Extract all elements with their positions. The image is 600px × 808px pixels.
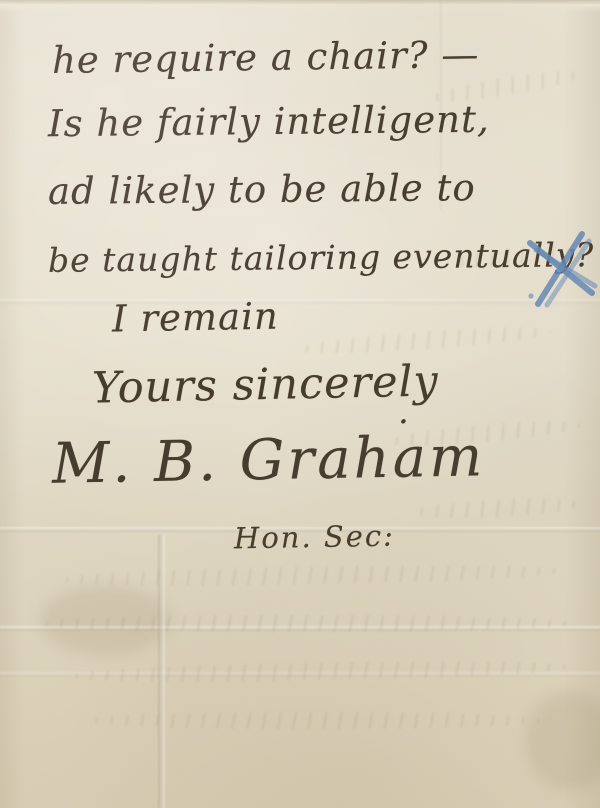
paper-top-edge <box>0 0 600 12</box>
ink-bleedthrough <box>90 712 540 729</box>
letter-line-3: ad likely to be able to <box>48 166 476 213</box>
letter-page: he require a chair? — Is he fairly intel… <box>0 0 600 808</box>
paper-stain <box>525 690 600 790</box>
ink-bleedthrough <box>60 563 560 589</box>
letter-line-2: Is he fairly intelligent, <box>48 98 490 146</box>
signature: M. B. Graham <box>51 424 485 497</box>
closing-remain: I remain <box>112 295 280 341</box>
closing-valediction: Yours sincerely <box>92 356 440 413</box>
letter-line-4: be taught tailoring eventually? <box>48 235 595 280</box>
blue-cross-annotation <box>516 226 600 312</box>
signature-role: Hon. Sec: <box>234 519 395 556</box>
ink-bleedthrough <box>415 496 581 522</box>
ink-bleedthrough <box>70 659 570 685</box>
ink-bleedthrough <box>40 615 570 632</box>
ink-bleedthrough <box>300 323 551 357</box>
fold-crease-horizontal <box>0 299 600 304</box>
letter-line-1: he require a chair? — <box>52 33 480 82</box>
